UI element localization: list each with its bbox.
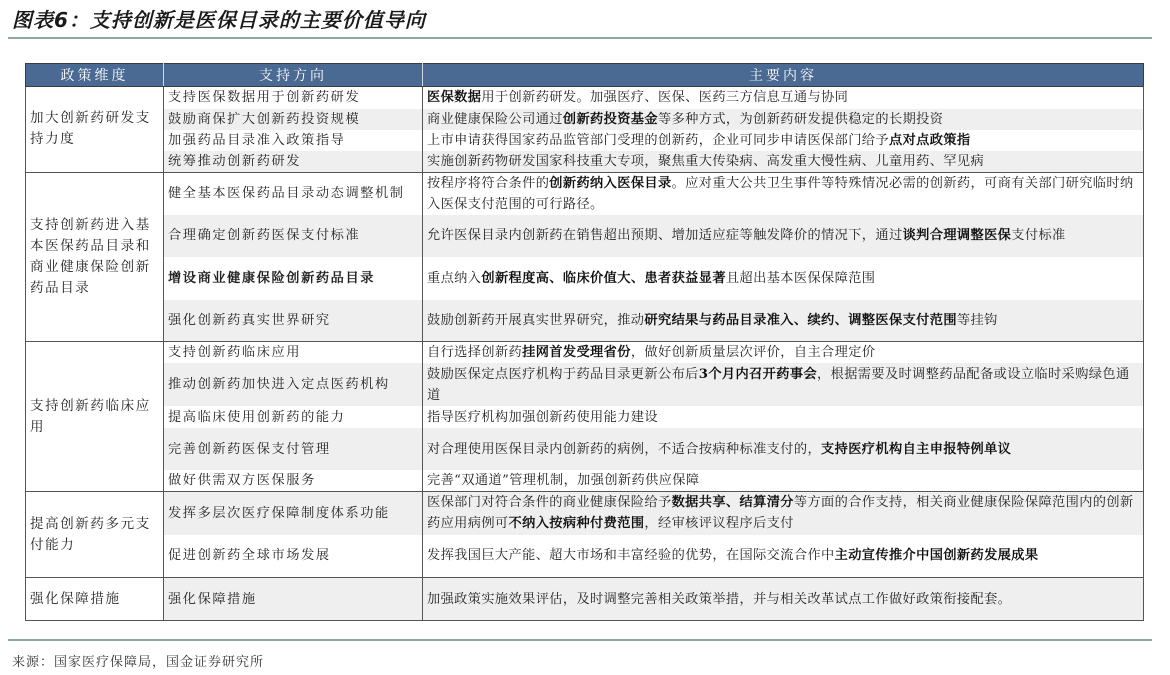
header-content: 主要内容 [423,64,1144,87]
content-cell: 商业健康保险公司通过创新药投资基金等多种方式，为创新药研发提供稳定的长期投资 [423,109,1144,130]
direction-cell: 促进创新药全球市场发展 [164,535,423,578]
table-body: 加大创新药研发支持力度 支持医保数据用于创新药研发 医保数据用于创新药研发。加强… [26,87,1144,621]
content-cell: 发挥我国巨大产能、超大市场和丰富经验的优势，在国际交流合作中主动宣传推介中国创新… [423,535,1144,578]
table-row: 提高临床使用创新药的能力 指导医疗机构加强创新药使用能力建设 [26,406,1144,428]
emphasis-text: 创新药纳入医保目录 [549,176,671,191]
table-row: 强化保障措施 强化保障措施 加强政策实施效果评估，及时调整完善相关政策举措，并与… [26,578,1144,621]
table-row: 鼓励商保扩大创新药投资规模 商业健康保险公司通过创新药投资基金等多种方式，为创新… [26,109,1144,130]
direction-cell: 发挥多层次医疗保障制度体系功能 [164,492,423,535]
content-cell: 鼓励医保定点医疗机构于药品目录更新公布后3个月内召开药事会，根据需要及时调整药品… [423,363,1144,406]
emphasis-text: 研究结果与药品目录准入、续约、调整医保支付范围 [644,313,957,328]
policy-table: 政策维度 支持方向 主要内容 加大创新药研发支持力度 支持医保数据用于创新药研发… [25,63,1144,621]
direction-cell: 统筹推动创新药研发 [164,151,423,173]
content-cell: 按程序将符合条件的创新药纳入医保目录。应对重大公共卫生事件等特殊情况必需的创新药… [423,172,1144,215]
direction-cell: 推动创新药加快进入定点医药机构 [164,363,423,406]
direction-cell: 增设商业健康保险创新药品目录 [164,257,423,300]
direction-cell: 完善创新药医保支付管理 [164,428,423,470]
content-cell: 自行选择创新药挂网首发受理省份，做好创新质量层次评价，自主合理定价 [423,342,1144,364]
direction-cell: 健全基本医保药品目录动态调整机制 [164,172,423,215]
table-row: 促进创新药全球市场发展 发挥我国巨大产能、超大市场和丰富经验的优势，在国际交流合… [26,535,1144,578]
emphasis-text: 谈判合理调整医保 [903,228,1012,243]
content-cell: 医保数据用于创新药研发。加强医疗、医保、医药三方信息互通与协同 [423,87,1144,109]
dimension-cell: 加大创新药研发支持力度 [26,87,164,173]
direction-cell: 提高临床使用创新药的能力 [164,406,423,428]
footer-divider [8,639,1152,641]
emphasis-text: 点对点政策指 [889,133,971,148]
direction-cell: 支持创新药临床应用 [164,342,423,364]
table-row: 增设商业健康保险创新药品目录 重点纳入创新程度高、临床价值大、患者获益显著且超出… [26,257,1144,300]
content-cell: 重点纳入创新程度高、临床价值大、患者获益显著且超出基本医保保障范围 [423,257,1144,300]
content-cell: 对合理使用医保目录内创新药的病例，不适合按病种标准支付的，支持医疗机构自主申报特… [423,428,1144,470]
table-row: 加大创新药研发支持力度 支持医保数据用于创新药研发 医保数据用于创新药研发。加强… [26,87,1144,109]
table-row: 做好供需双方医保服务 完善“双通道”管理机制，加强创新药供应保障 [26,470,1144,492]
content-cell: 指导医疗机构加强创新药使用能力建设 [423,406,1144,428]
dimension-cell: 强化保障措施 [26,578,164,621]
emphasis-text: 医保数据 [427,90,481,105]
table-row: 加强药品目录准入政策指导 上市申请获得国家药品监管部门受理的创新药，企业可同步申… [26,130,1144,151]
content-cell: 鼓励创新药开展真实世界研究，推动研究结果与药品目录准入、续约、调整医保支付范围等… [423,300,1144,342]
table-row: 支持创新药临床应用 支持创新药临床应用 自行选择创新药挂网首发受理省份，做好创新… [26,342,1144,364]
content-cell: 完善“双通道”管理机制，加强创新药供应保障 [423,470,1144,492]
direction-cell: 支持医保数据用于创新药研发 [164,87,423,109]
table-row: 合理确定创新药医保支付标准 允许医保目录内创新药在销售超出预期、增加适应症等触发… [26,215,1144,257]
dimension-cell: 支持创新药临床应用 [26,342,164,492]
source-note: 来源：国家医疗保障局，国金证券研究所 [12,651,264,670]
emphasis-text: 支持医疗机构自主申报特例单议 [821,442,1011,457]
table-header: 政策维度 支持方向 主要内容 [26,64,1144,87]
dimension-cell: 支持创新药进入基本医保药品目录和商业健康保险创新药品目录 [26,172,164,342]
emphasis-text: 不纳入按病种付费范围 [509,516,645,531]
direction-cell: 强化保障措施 [164,578,423,621]
header-dimension: 政策维度 [26,64,164,87]
emphasis-text: 3个月内召开药事会 [699,367,817,382]
dimension-cell: 提高创新药多元支付能力 [26,492,164,578]
title-divider [8,37,1152,39]
emphasis-text: 创新药投资基金 [563,112,658,127]
direction-cell: 合理确定创新药医保支付标准 [164,215,423,257]
content-cell: 允许医保目录内创新药在销售超出预期、增加适应症等触发降价的情况下，通过谈判合理调… [423,215,1144,257]
table-row: 提高创新药多元支付能力 发挥多层次医疗保障制度体系功能 医保部门对符合条件的商业… [26,492,1144,535]
content-cell: 加强政策实施效果评估，及时调整完善相关政策举措，并与相关改革试点工作做好政策衔接… [423,578,1144,621]
emphasis-text: 挂网首发受理省份 [522,345,631,360]
direction-cell: 做好供需双方医保服务 [164,470,423,492]
table-row: 强化创新药真实世界研究 鼓励创新药开展真实世界研究，推动研究结果与药品目录准入、… [26,300,1144,342]
table-row: 支持创新药进入基本医保药品目录和商业健康保险创新药品目录 健全基本医保药品目录动… [26,172,1144,215]
table-row: 完善创新药医保支付管理 对合理使用医保目录内创新药的病例，不适合按病种标准支付的… [26,428,1144,470]
content-cell: 实施创新药物研发国家科技重大专项，聚焦重大传染病、高发重大慢性病、儿童用药、罕见… [423,151,1144,173]
figure-title: 图表6：支持创新是医保目录的主要价值导向 [12,6,426,34]
emphasis-text: 创新程度高、临床价值大、患者获益显著 [481,271,726,286]
emphasis-text: 主动宣传推介中国创新药发展成果 [835,548,1039,563]
table-row: 推动创新药加快进入定点医药机构 鼓励医保定点医疗机构于药品目录更新公布后3个月内… [26,363,1144,406]
emphasis-text: 数据共享、结算清分 [672,495,794,510]
header-direction: 支持方向 [164,64,423,87]
direction-cell: 加强药品目录准入政策指导 [164,130,423,151]
content-cell: 上市申请获得国家药品监管部门受理的创新药，企业可同步申请医保部门给予点对点政策指 [423,130,1144,151]
direction-cell: 强化创新药真实世界研究 [164,300,423,342]
table-row: 统筹推动创新药研发 实施创新药物研发国家科技重大专项，聚焦重大传染病、高发重大慢… [26,151,1144,173]
direction-cell: 鼓励商保扩大创新药投资规模 [164,109,423,130]
content-cell: 医保部门对符合条件的商业健康保险给予数据共享、结算清分等方面的合作支持，相关商业… [423,492,1144,535]
